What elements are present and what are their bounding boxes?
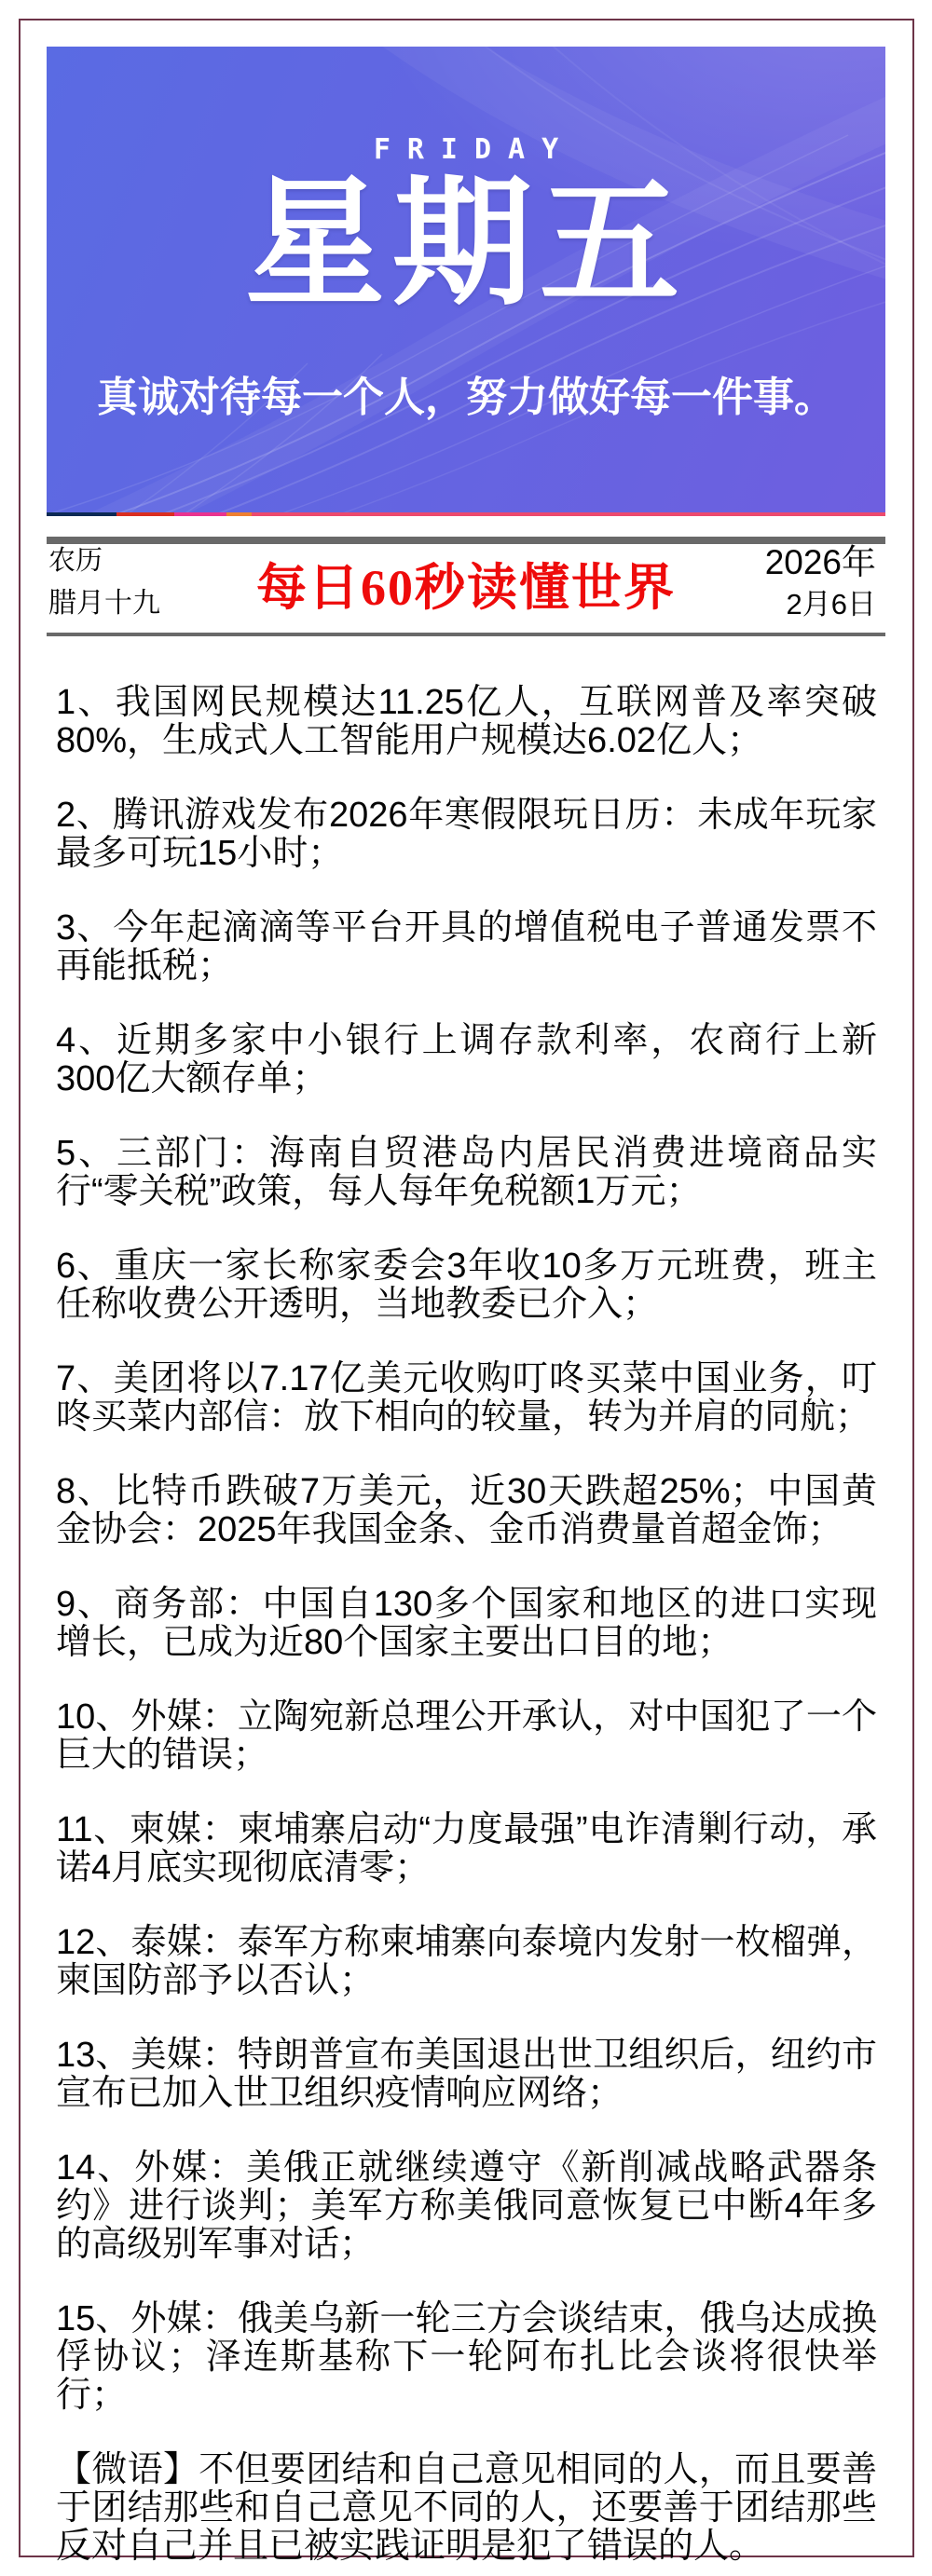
hero-card: FRIDAY 星期五 真诚对待每一个人，努力做好每一件事。 [47, 47, 885, 516]
weekday-english: FRIDAY [47, 134, 885, 166]
section-title: 每日60秒读懂世界 [47, 561, 885, 615]
dateline-divider-bottom [47, 633, 885, 636]
dateline-divider-top [47, 537, 885, 544]
news-item: 7、美团将以7.17亿美元收购叮咚买菜中国业务，叮咚买菜内部信：放下相向的较量，… [56, 1360, 877, 1437]
gregorian-date: 2月6日 [787, 589, 876, 620]
news-item: 4、近期多家中小银行上调存款利率，农商行上新300亿大额存单； [56, 1022, 877, 1098]
news-item: 5、三部门：海南自贸港岛内居民消费进境商品实行“零关税”政策，每人每年免税额1万… [56, 1135, 877, 1211]
news-item: 10、外媒：立陶宛新总理公开承认，对中国犯了一个巨大的错误； [56, 1698, 877, 1775]
news-item: 15、外媒：俄美乌新一轮三方会谈结束，俄乌达成换俘协议；泽连斯基称下一轮阿布扎比… [56, 2300, 877, 2415]
hero-bottom-color-strip [47, 512, 885, 516]
daily-quote: 【微语】不但要团结和自己意见相同的人，而且要善于团结那些和自己意见不同的人，还要… [56, 2451, 877, 2566]
news-item: 13、美媒：特朗普宣布美国退出世卫组织后，纽约市宣布已加入世卫组织疫情响应网络； [56, 2037, 877, 2113]
news-item: 11、柬媒：柬埔寨启动“力度最强”电诈清剿行动，承诺4月底实现彻底清零； [56, 1811, 877, 1888]
news-list: 1、我国网民规模达11.25亿人，互联网普及率突破80%，生成式人工智能用户规模… [56, 684, 877, 2566]
daily-60s-news-poster: { "colors": { "card_gradient_start": "#5… [0, 0, 932, 2576]
news-item: 1、我国网民规模达11.25亿人，互联网普及率突破80%，生成式人工智能用户规模… [56, 684, 877, 760]
weekday-chinese: 星期五 [47, 175, 885, 315]
news-item: 6、重庆一家长称家委会3年收10多万元班费，班主任称收费公开透明，当地教委已介入… [56, 1247, 877, 1324]
news-item: 3、今年起滴滴等平台开具的增值税电子普通发票不再能抵税； [56, 909, 877, 986]
news-item: 9、商务部：中国自130多个国家和地区的进口实现增长，已成为近80个国家主要出口… [56, 1586, 877, 1662]
news-item: 8、比特币跌破7万美元，近30天跌超25%；中国黄金协会：2025年我国金条、金… [56, 1473, 877, 1549]
news-item: 14、外媒：美俄正就继续遵守《新削减战略武器条约》进行谈判；美军方称美俄同意恢复… [56, 2149, 877, 2264]
news-item: 2、腾讯游戏发布2026年寒假限玩日历：未成年玩家最多可玩15小时； [56, 797, 877, 873]
gregorian-year: 2026年 [765, 544, 876, 581]
news-item: 12、泰媒：泰军方称柬埔寨向泰境内发射一枚榴弹，柬国防部予以否认； [56, 1924, 877, 2000]
hero-motto: 真诚对待每一个人，努力做好每一件事。 [47, 375, 885, 421]
